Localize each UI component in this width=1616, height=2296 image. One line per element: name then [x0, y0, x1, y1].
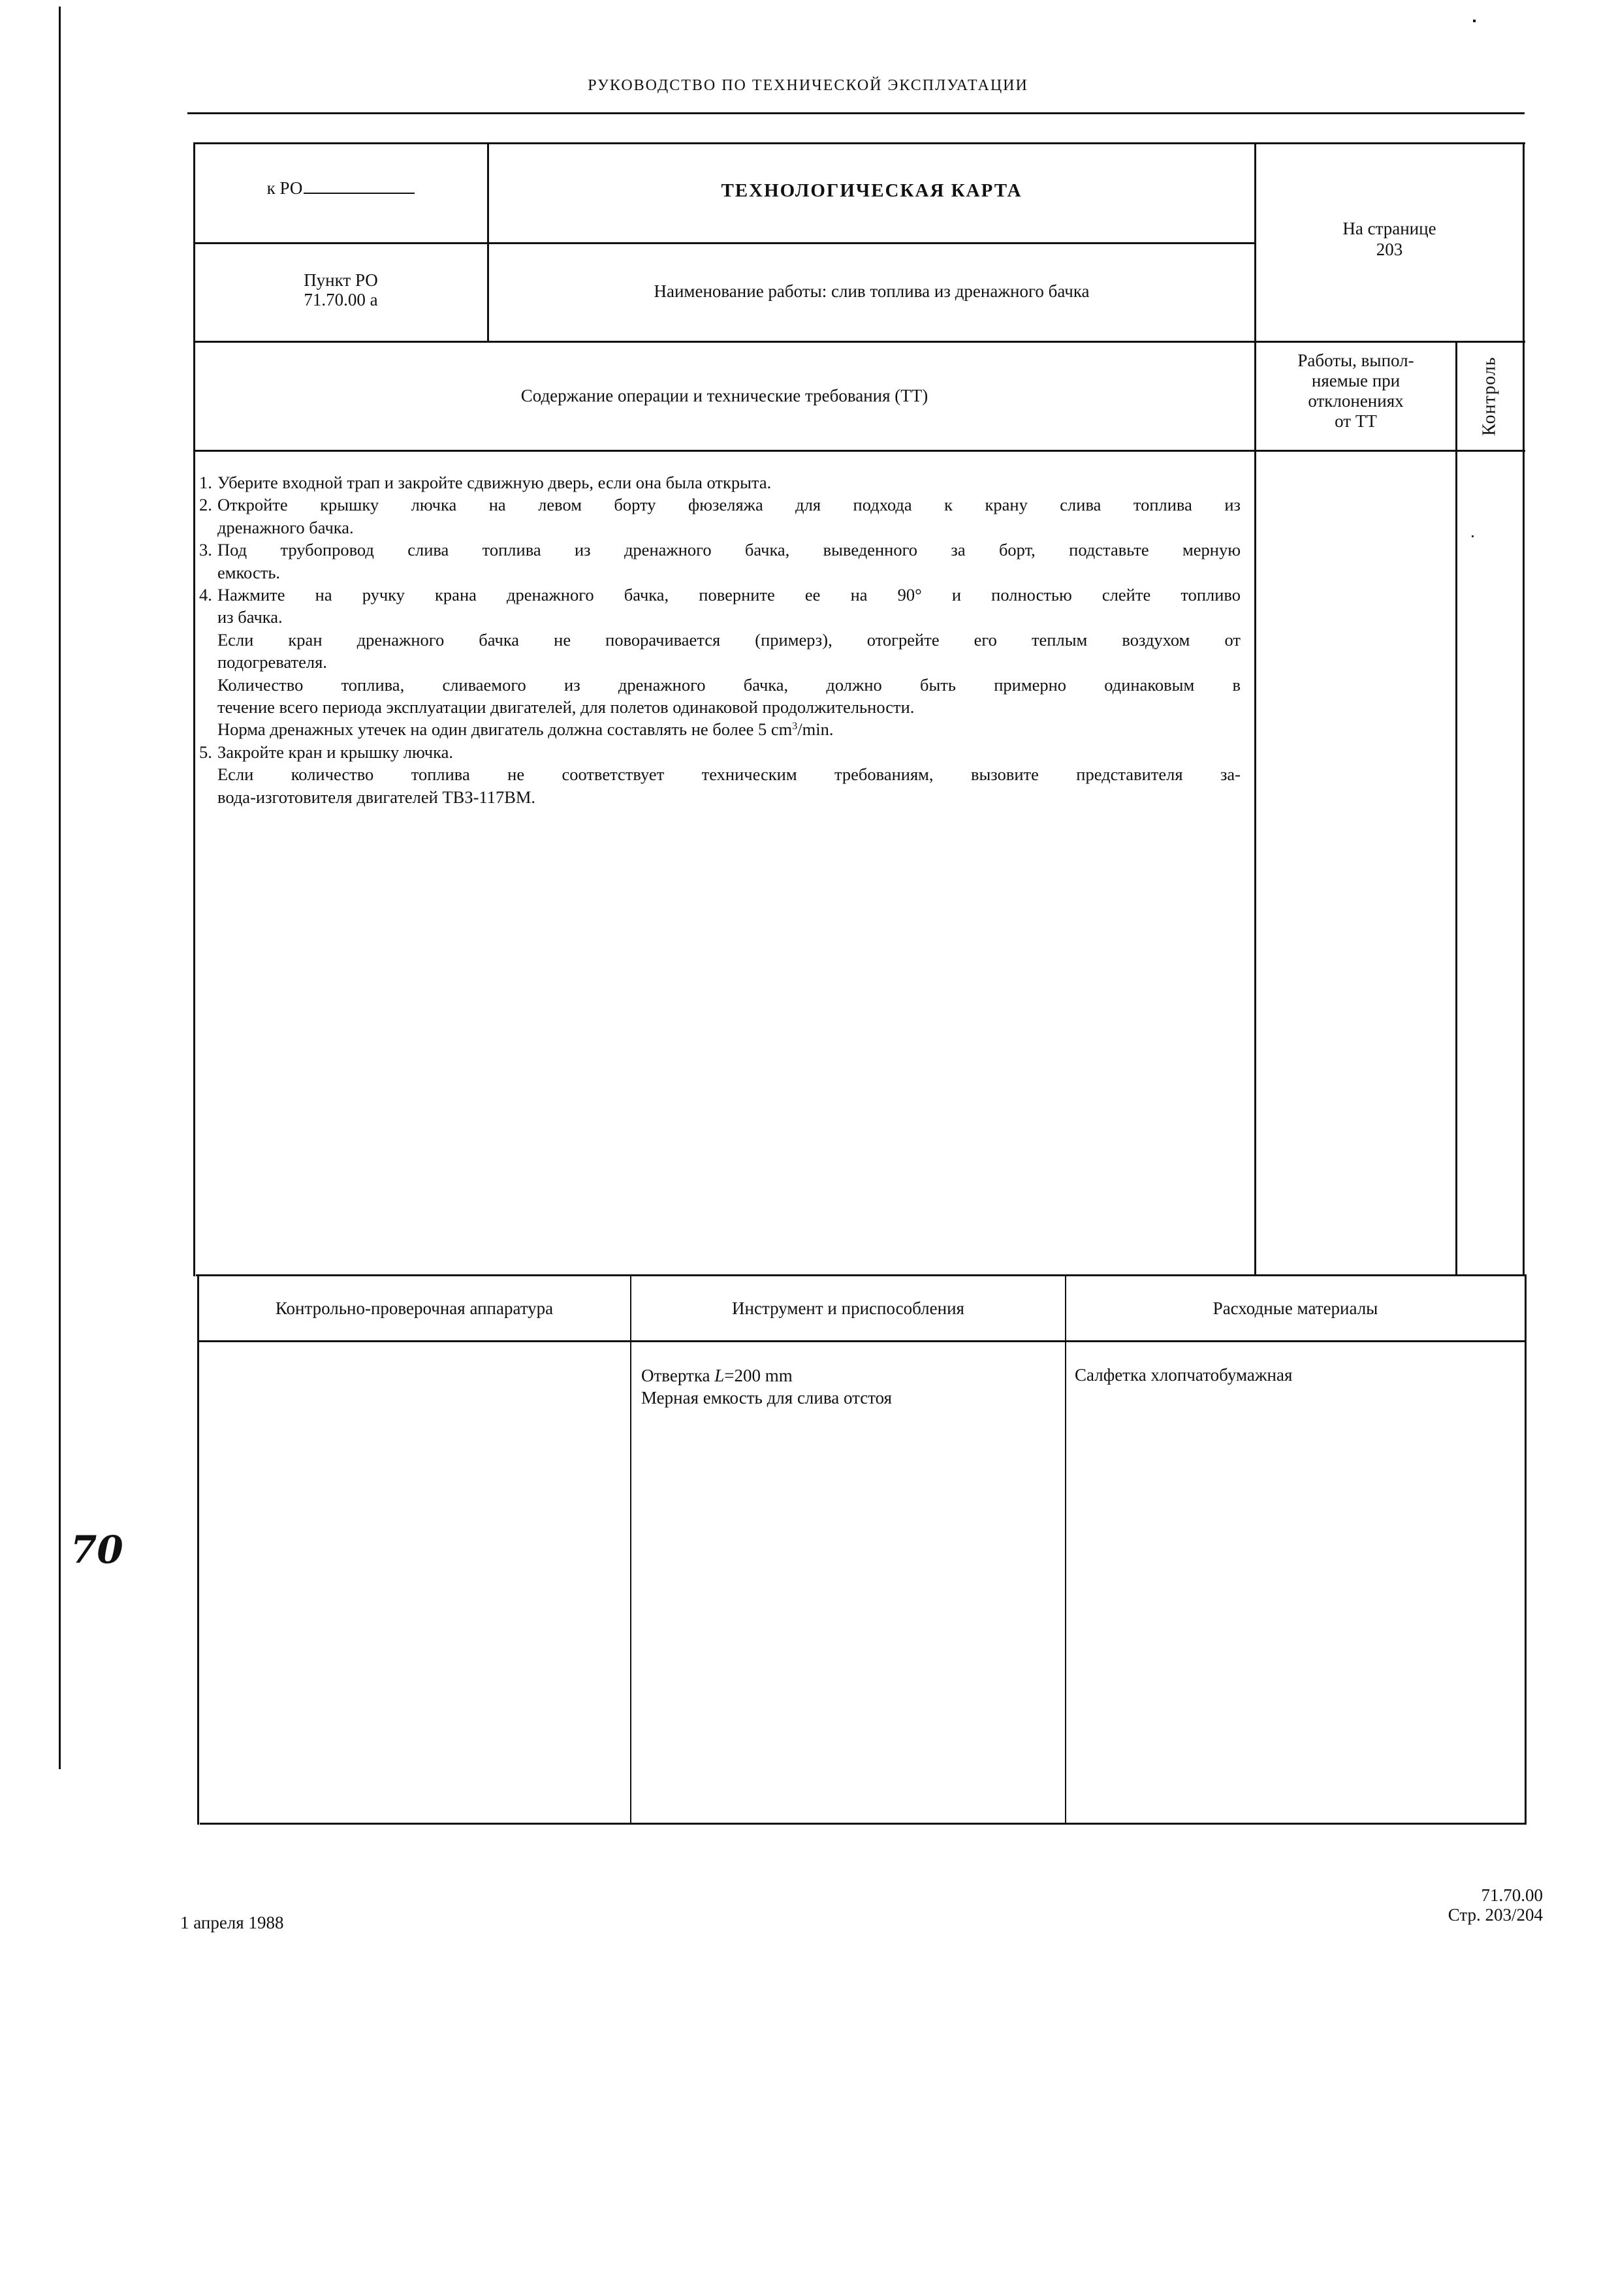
step-number: 2. [199, 494, 217, 516]
step-number [199, 674, 217, 696]
step-continuation-line: вода-изготовителя двигателей ТВЗ-117ВМ. [199, 786, 1241, 808]
resources-header-consumables: Расходные материалы [1066, 1298, 1525, 1319]
ref-field: к РО [195, 178, 487, 198]
step-line: 2.Откройте крышку лючка на левом борту ф… [199, 494, 1241, 516]
step-line: 5.Закройте кран и крышку лючка. [199, 741, 1241, 763]
item-field: Пункт РО 71.70.00 а [195, 270, 487, 309]
table-border [193, 142, 195, 1276]
step-text: из бачка. [217, 606, 1241, 628]
step-number [199, 763, 217, 785]
step-continuation-line: Если кран дренажного бачка не поворачива… [199, 629, 1241, 651]
resources-table-border [1525, 1274, 1527, 1825]
footer-page: Стр. 203/204 [1306, 1905, 1543, 1925]
step-number [199, 629, 217, 651]
resources-table-border [197, 1274, 199, 1825]
footer-page-info: 71.70.00 Стр. 203/204 [1306, 1885, 1543, 1925]
step-text: Уберите входной трап и закройте сдвижную… [217, 471, 1241, 494]
step-text: Под трубопровод слива топлива из дренажн… [217, 539, 1241, 561]
step-number [199, 651, 217, 673]
step-number [199, 696, 217, 718]
step-line: 1.Уберите входной трап и закройте сдвижн… [199, 471, 1241, 494]
step-number: 4. [199, 584, 217, 606]
step-number [199, 561, 217, 584]
step-line: 4.Нажмите на ручку крана дренажного бачк… [199, 584, 1241, 606]
item-number: 71.70.00 а [195, 290, 487, 309]
running-head: РУКОВОДСТВО ПО ТЕХНИЧЕСКОЙ ЭКСПЛУАТАЦИИ [0, 77, 1616, 95]
step-continuation-line: емкость. [199, 561, 1241, 584]
step-continuation-line: Если количество топлива не соответствует… [199, 763, 1241, 785]
resources-table-divider [630, 1274, 631, 1825]
resources-table-divider [197, 1340, 1526, 1342]
step-text: Если кран дренажного бачка не поворачива… [217, 629, 1241, 651]
column-header-content: Содержание операции и технические требов… [195, 385, 1254, 406]
step-number [199, 606, 217, 628]
step-text: Количество топлива, сливаемого из дренаж… [217, 674, 1241, 696]
step-continuation-line: из бачка. [199, 606, 1241, 628]
step-text: Закройте кран и крышку лючка. [217, 741, 1241, 763]
step-text: подогревателя. [217, 651, 1241, 673]
step-number: 1. [199, 471, 217, 494]
on-page-label: На странице [1256, 218, 1523, 239]
step-continuation-line: подогревателя. [199, 651, 1241, 673]
card-title: ТЕХНОЛОГИЧЕСКАЯ КАРТА [489, 180, 1254, 202]
tools-list: Отвертка L=200 mm Мерная емкость для сли… [641, 1364, 1059, 1409]
column-header-control: Контроль [1457, 342, 1523, 450]
step-text: Нажмите на ручку крана дренажного бачка,… [217, 584, 1241, 606]
resources-header-tools: Инструмент и приспособления [631, 1298, 1065, 1319]
footer-date: 1 апреля 1988 [180, 1913, 283, 1932]
resources-header-test-equipment: Контрольно-проверочная аппаратура [198, 1298, 630, 1319]
column-header-deviations: Работы, выпол- няемые при отклонениях от… [1256, 351, 1455, 432]
scan-speck [1473, 20, 1476, 22]
step-continuation-line: дренажного бачка. [199, 516, 1241, 539]
step-number: 3. [199, 539, 217, 561]
step-continuation-line: Количество топлива, сливаемого из дренаж… [199, 674, 1241, 696]
table-divider [193, 242, 1255, 244]
step-text: Если количество топлива не соответствует… [217, 763, 1241, 785]
step-number [199, 718, 217, 740]
margin-handwritten-note: 70 [71, 1528, 123, 1572]
resources-table-divider [1065, 1274, 1066, 1825]
step-number [199, 786, 217, 808]
table-divider [1455, 341, 1457, 1276]
step-number [199, 516, 217, 539]
work-name: Наименование работы: слив топлива из дре… [489, 281, 1254, 302]
step-text: Откройте крышку лючка на левом борту фюз… [217, 494, 1241, 516]
tool-item: Отвертка L=200 mm [641, 1364, 1059, 1387]
operation-steps: 1.Уберите входной трап и закройте сдвижн… [199, 471, 1241, 808]
table-divider [193, 341, 1525, 343]
step-text: течение всего периода эксплуатации двига… [217, 696, 1241, 718]
on-page-field: На странице 203 [1256, 218, 1523, 260]
resources-table-border [200, 1823, 1527, 1825]
scan-speck [1472, 535, 1474, 537]
step-text: емкость. [217, 561, 1241, 584]
table-divider [1254, 142, 1256, 1276]
running-head-rule [187, 112, 1525, 114]
footer-section: 71.70.00 [1306, 1885, 1543, 1905]
margin-binding-line [59, 7, 61, 1769]
consumable-item: Салфетка хлопчатобумажная [1075, 1364, 1519, 1385]
ref-label: к РО [267, 178, 303, 198]
item-label: Пункт РО [195, 270, 487, 290]
table-border [1523, 142, 1525, 1276]
step-text: дренажного бачка. [217, 516, 1241, 539]
ref-blank-line [304, 193, 415, 194]
step-continuation-line: течение всего периода эксплуатации двига… [199, 696, 1241, 718]
on-page-number: 203 [1256, 239, 1523, 260]
step-text: вода-изготовителя двигателей ТВЗ-117ВМ. [217, 786, 1241, 808]
consumables-list: Салфетка хлопчатобумажная [1075, 1364, 1519, 1385]
table-border [193, 142, 1525, 144]
resources-table-border [196, 1274, 1526, 1276]
step-number: 5. [199, 741, 217, 763]
table-divider [193, 450, 1525, 452]
step-continuation-line: Норма дренажных утечек на один двигатель… [199, 718, 1241, 740]
step-line: 3.Под трубопровод слива топлива из дрена… [199, 539, 1241, 561]
tool-item: Мерная емкость для слива отстоя [641, 1387, 1059, 1409]
step-text: Норма дренажных утечек на один двигатель… [217, 718, 1241, 740]
